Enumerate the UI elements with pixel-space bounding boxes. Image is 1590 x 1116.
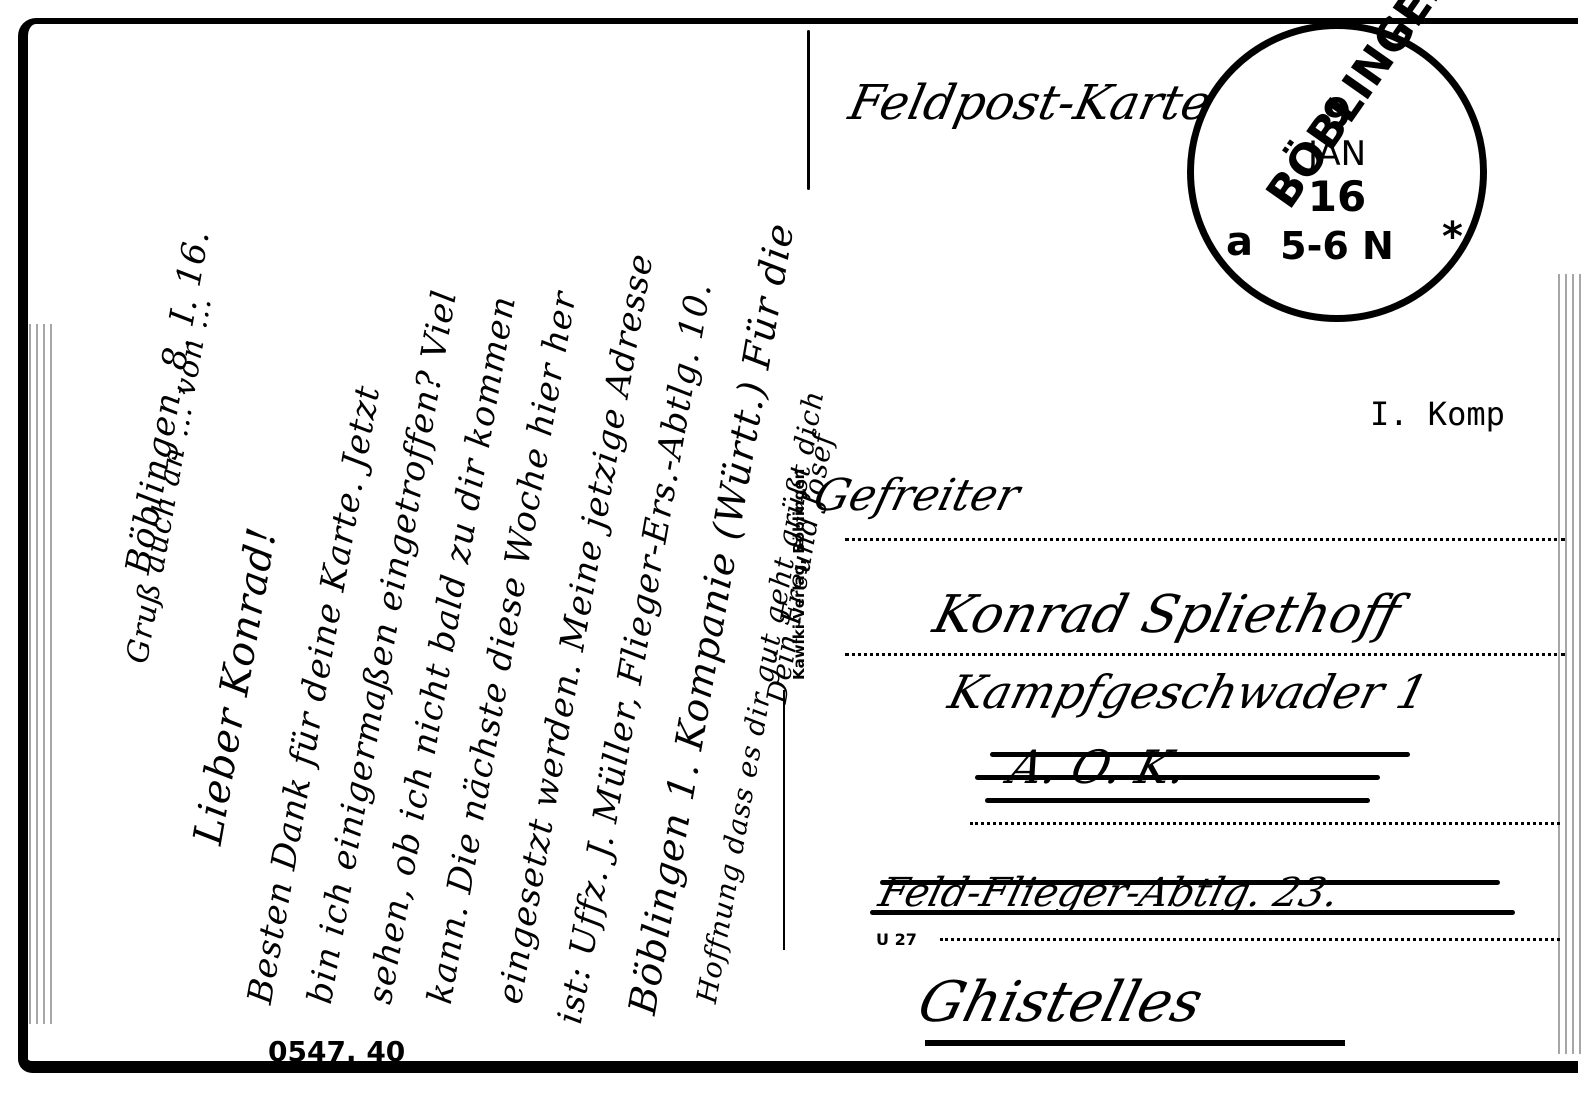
message-salutation: Lieber Konrad! [185,523,286,848]
handwritten-message: Gruß auch an ... von ... Böblingen, 8. I… [0,0,800,1100]
address-rank: Gefreiter [809,470,1025,521]
strike-through [880,880,1500,885]
strike-through [990,752,1410,757]
postmark-month: JAN [1194,134,1480,174]
strike-through [975,775,1380,780]
address-name: Konrad Spliethoff [928,585,1406,645]
postmark: BÖBLINGEN 9 JAN 16 5-6 N a * [1187,22,1487,322]
postmark-day: 9 [1194,89,1480,138]
address-struck-unit: A. O. K. [1003,740,1192,794]
address-line [845,653,1565,656]
address-line [940,938,1560,941]
divider-line [783,690,785,950]
postmark-year: 16 [1194,172,1480,221]
archive-number: 0547. 40 [268,1035,405,1068]
address-destination: Ghistelles [912,970,1209,1035]
address-unit: Kampfgeschwader 1 [943,665,1433,719]
strike-through [985,798,1370,803]
address-line [970,822,1560,825]
publisher-imprint: Kawiki-Verlag, Böblingen [790,469,808,680]
strike-through [870,910,1515,915]
unit-annotation: I. Komp [1370,395,1505,433]
divider-line-top [807,30,810,190]
card-header-label: Feldpost-Karte [844,75,1216,131]
destination-underline [925,1040,1345,1046]
address-line [845,538,1565,541]
address-struck-code: U 27 [876,930,917,949]
postmark-star: * [1442,214,1463,260]
postmark-letter: a [1226,219,1253,265]
scan-noise [1558,274,1586,1054]
